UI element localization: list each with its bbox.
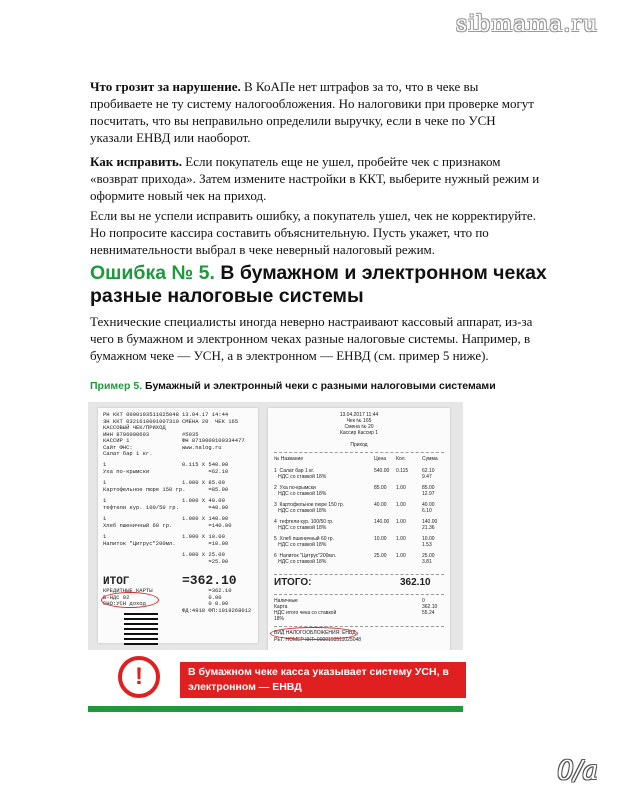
signature-logo: 0/a — [557, 756, 598, 786]
cell: 0.115 — [396, 468, 408, 474]
paper-item-name: 1 Напиток "Цитрус"200мл. — [103, 534, 183, 547]
cell: НДС со ставкой 18% — [274, 491, 326, 497]
cell: Сумма — [422, 456, 438, 462]
paper-receipt: РН ККТ 0000193511025048ЗН ККТ 0321610001… — [98, 408, 258, 643]
paper-header-right: СМЕНА 20 ЧЕК 165 — [182, 419, 256, 426]
qr-code — [124, 611, 158, 645]
electronic-receipt: 13.04.2017 11:44Чек № 165Смена № 20Касси… — [268, 408, 450, 658]
example-title: Бумажный и электронный чеки с разными на… — [142, 380, 496, 392]
banner-bar — [88, 706, 463, 712]
elec-header-line: Кассир Кассир 1 — [268, 430, 450, 436]
paper-tax-highlight — [101, 592, 159, 608]
cell: ИТОГО: — [274, 580, 311, 586]
paper-header-line: Салат бар 1 кг. — [103, 451, 183, 458]
paper-item-calc: 1.000 X 140.00 =140.00 — [182, 516, 256, 529]
elec-total-value: 362.10 — [400, 580, 431, 586]
paper-total-value: =362.10 — [182, 574, 256, 588]
cell: 25.00 — [374, 553, 387, 559]
cell: Цена — [374, 456, 386, 462]
cell: 1.00 — [396, 536, 406, 542]
divider — [274, 452, 444, 453]
paper-item-calc: 1.000 X 85.00 =85.00 — [182, 480, 256, 493]
paper-item-calc: 0.115 X 540.00 =62.10 — [182, 462, 256, 475]
cell: 1.00 — [396, 553, 406, 559]
cell: № Название — [274, 456, 303, 462]
cell: Кол. — [396, 456, 406, 462]
paragraph-penalty: Что грозит за нарушение. В КоАПе нет штр… — [90, 78, 540, 146]
warning-text: В бумажном чеке касса указывает систему … — [180, 662, 466, 698]
fix-heading: Как исправить. — [90, 154, 182, 169]
paper-header-right: www.nalog.ru — [182, 445, 256, 452]
cell: 40.00 — [374, 502, 387, 508]
cell: НДС со ставкой 18% — [274, 542, 326, 548]
cell: НДС со ставкой 18% — [274, 474, 326, 480]
cell: НДС со ставкой 18% — [274, 559, 326, 565]
paper-item-name: 1 Уха по-крымски — [103, 462, 183, 475]
section-heading: Ошибка № 5. В бумажном и электронном чек… — [90, 262, 550, 308]
paper-item-name: 1 Хлеб пшеничный 60 гр. — [103, 516, 183, 529]
cell: НДС со ставкой 18% — [274, 525, 326, 531]
divider — [274, 594, 444, 595]
heading-number: Ошибка № 5. — [90, 262, 215, 284]
elec-doc-type: Приход — [268, 442, 450, 448]
cell: 1.00 — [396, 502, 406, 508]
paragraph-explanation: Если вы не успели исправить ошибку, а по… — [90, 207, 540, 258]
cell: 18% — [274, 616, 284, 622]
paragraph-intro: Технические специалисты иногда неверно н… — [90, 313, 540, 364]
elec-tax-highlight — [270, 627, 358, 640]
paper-item-calc: 1.000 X 40.00 =40.00 — [182, 498, 256, 511]
cell: 140.00 — [374, 519, 389, 525]
example-caption: Пример 5. Бумажный и электронный чеки с … — [90, 380, 496, 392]
cell: 21.36 — [422, 525, 435, 531]
penalty-heading: Что грозит за нарушение. — [90, 79, 241, 94]
cell: 9.47 — [422, 474, 432, 480]
cell: 6.10 — [422, 508, 432, 514]
cell: 10.00 — [374, 536, 387, 542]
paragraph-fix: Как исправить. Если покупатель еще не уш… — [90, 153, 540, 204]
cell: 1.53 — [422, 542, 432, 548]
paper-item-name: 1 тефтели кур. 100/50 гр. — [103, 498, 183, 511]
paper-item-calc: 1.000 X 10.00 =10.00 — [182, 534, 256, 547]
cell: НДС со ставкой 18% — [274, 508, 326, 514]
paper-item-calc: 1.000 X 25.00 =25.00 — [182, 552, 256, 565]
cell: 12.97 — [422, 491, 435, 497]
cell: 55.24 — [422, 610, 435, 616]
paper-fiscal: ФД:4918 ФП:1019268012 — [182, 608, 256, 615]
warning-banner: ! В бумажном чеке касса указывает систем… — [88, 650, 463, 712]
receipts-figure: РН ККТ 0000193511025048ЗН ККТ 0321610001… — [88, 402, 463, 712]
paper-item-name: 1 Картофельное пюре 150 гр. — [103, 480, 183, 493]
warning-icon: ! — [118, 656, 160, 698]
cell: 85.00 — [374, 485, 387, 491]
divider — [274, 574, 444, 575]
cell: 540.00 — [374, 468, 389, 474]
cell: 1.00 — [396, 519, 406, 525]
cell: 3.81 — [422, 559, 432, 565]
example-label: Пример 5. — [90, 380, 142, 392]
cell: 1.00 — [396, 485, 406, 491]
watermark: sibmama.ru — [456, 12, 598, 37]
